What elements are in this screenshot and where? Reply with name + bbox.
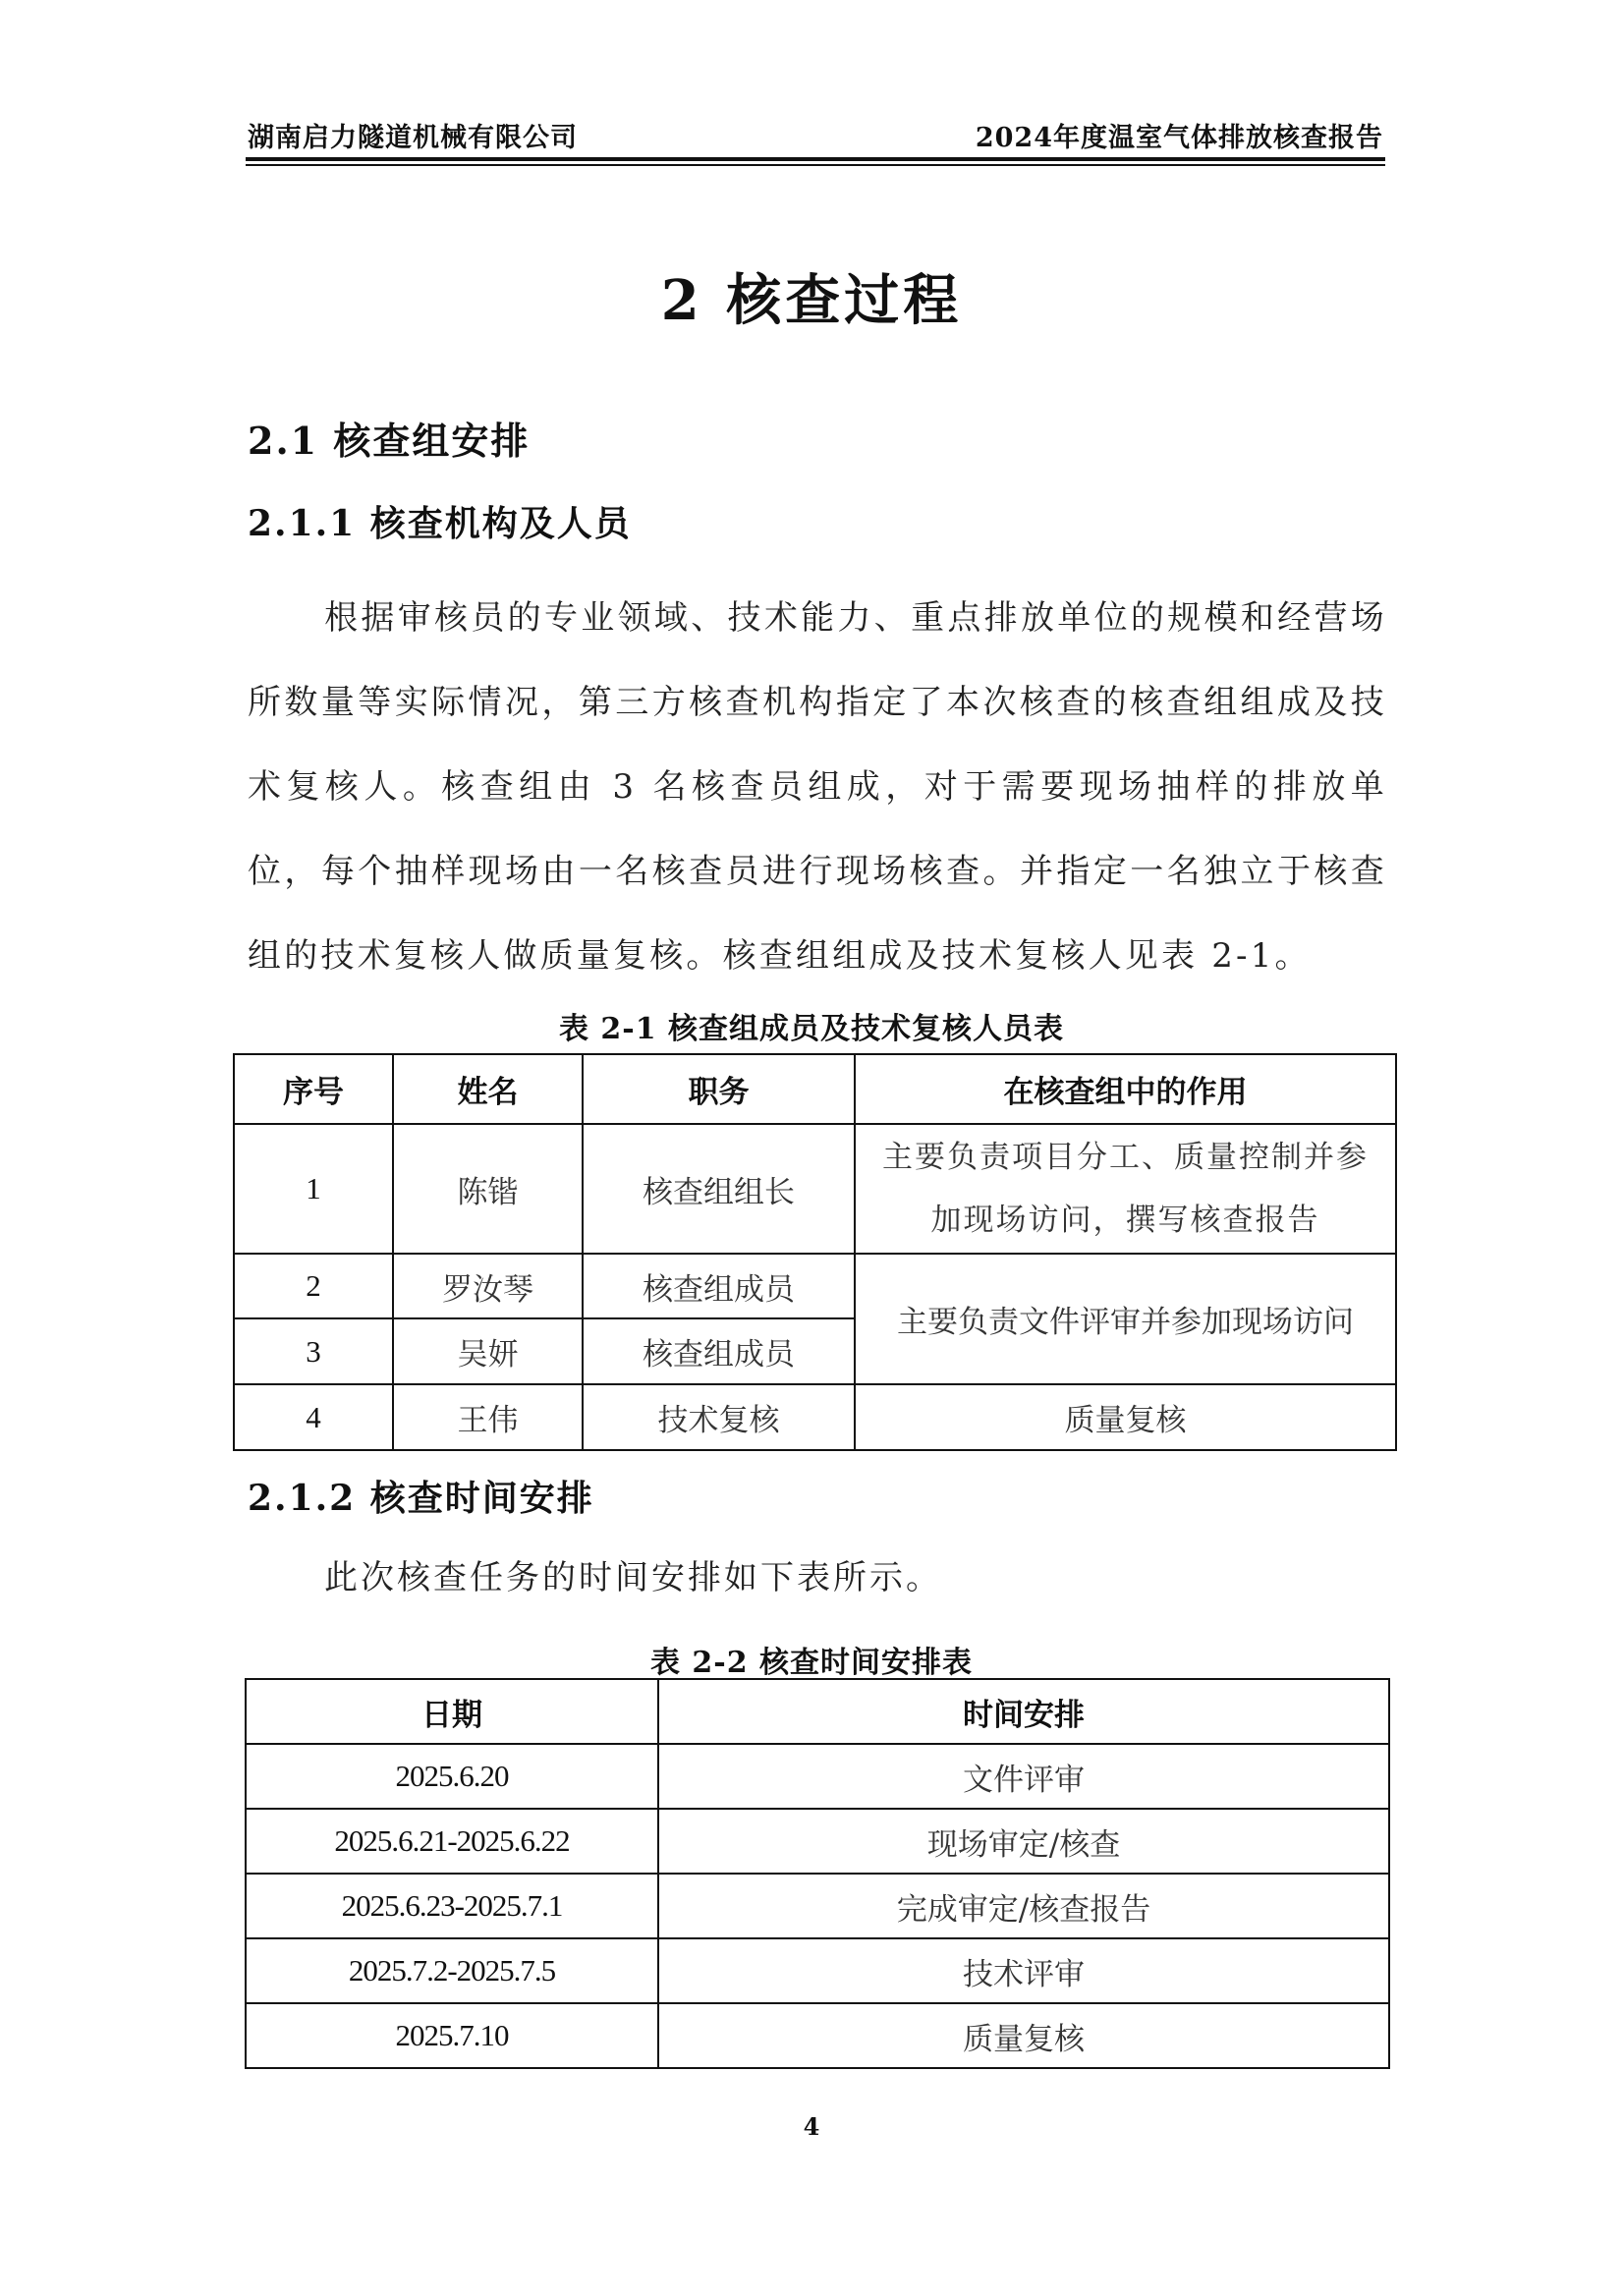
- team-members-table: 序号 姓名 职务 在核查组中的作用 1 陈锴 核查组组长 主要负责项目分工、质量…: [233, 1053, 1397, 1451]
- page-number: 4: [0, 2112, 1623, 2141]
- cell-task: 文件评审: [658, 1744, 1389, 1809]
- body-paragraph-2-1-2: 此次核查任务的时间安排如下表所示。: [324, 1550, 942, 1598]
- cell-name: 罗汝琴: [393, 1254, 583, 1318]
- cell-date: 2025.7.2-2025.7.5: [246, 1938, 658, 2003]
- cell-role: 质量复核: [855, 1384, 1396, 1450]
- column-header-role: 在核查组中的作用: [855, 1054, 1396, 1124]
- cell-name: 王伟: [393, 1384, 583, 1450]
- cell-role-merged: 主要负责文件评审并参加现场访问: [855, 1254, 1396, 1384]
- cell-position: 核查组组长: [583, 1124, 855, 1254]
- table-header-row: 日期 时间安排: [246, 1679, 1389, 1744]
- cell-date: 2025.6.20: [246, 1744, 658, 1809]
- cell-task: 质量复核: [658, 2003, 1389, 2068]
- table-row: 2025.6.21-2025.6.22 现场审定/核查: [246, 1809, 1389, 1874]
- cell-no: 1: [234, 1124, 393, 1254]
- table-row: 2 罗汝琴 核查组成员 主要负责文件评审并参加现场访问: [234, 1254, 1396, 1318]
- cell-position: 技术复核: [583, 1384, 855, 1450]
- section-heading-2-1: 2.1 核查组安排: [248, 411, 530, 465]
- cell-no: 4: [234, 1384, 393, 1450]
- header-company-name: 湖南启力隧道机械有限公司: [248, 116, 578, 154]
- header-report-title: 2024年度温室气体排放核查报告: [976, 116, 1383, 154]
- cell-name: 陈锴: [393, 1124, 583, 1254]
- cell-no: 3: [234, 1318, 393, 1384]
- table-row: 2025.7.10 质量复核: [246, 2003, 1389, 2068]
- table-2-1-caption: 表 2-1 核查组成员及技术复核人员表: [0, 1004, 1623, 1047]
- cell-date: 2025.7.10: [246, 2003, 658, 2068]
- table-row: 2025.7.2-2025.7.5 技术评审: [246, 1938, 1389, 2003]
- table-row: 4 王伟 技术复核 质量复核: [234, 1384, 1396, 1450]
- table-header-row: 序号 姓名 职务 在核查组中的作用: [234, 1054, 1396, 1124]
- chapter-title: 2 核查过程: [0, 257, 1623, 336]
- subsection-heading-2-1-2: 2.1.2 核查时间安排: [248, 1471, 594, 1521]
- cell-position: 核查组成员: [583, 1254, 855, 1318]
- header-rule-thick: [246, 157, 1385, 161]
- column-header-schedule: 时间安排: [658, 1679, 1389, 1744]
- subsection-heading-2-1-1: 2.1.1 核查机构及人员: [248, 496, 632, 546]
- table-row: 2025.6.23-2025.7.1 完成审定/核查报告: [246, 1874, 1389, 1938]
- table-2-2-caption: 表 2-2 核查时间安排表: [0, 1638, 1623, 1681]
- cell-task: 完成审定/核查报告: [658, 1874, 1389, 1938]
- header-rule-thin: [246, 164, 1385, 166]
- cell-date: 2025.6.23-2025.7.1: [246, 1874, 658, 1938]
- paragraph-text: 根据审核员的专业领域、技术能力、重点排放单位的规模和经营场所数量等实际情况，第三…: [248, 598, 1387, 976]
- cell-no: 2: [234, 1254, 393, 1318]
- cell-role: 主要负责项目分工、质量控制并参加现场访问，撰写核查报告: [855, 1124, 1396, 1254]
- column-header-no: 序号: [234, 1054, 393, 1124]
- column-header-position: 职务: [583, 1054, 855, 1124]
- cell-date: 2025.6.21-2025.6.22: [246, 1809, 658, 1874]
- cell-task: 技术评审: [658, 1938, 1389, 2003]
- column-header-date: 日期: [246, 1679, 658, 1744]
- schedule-table: 日期 时间安排 2025.6.20 文件评审 2025.6.21-2025.6.…: [245, 1678, 1390, 2069]
- body-paragraph-2-1-1: 根据审核员的专业领域、技术能力、重点排放单位的规模和经营场所数量等实际情况，第三…: [248, 576, 1387, 998]
- table-row: 2025.6.20 文件评审: [246, 1744, 1389, 1809]
- column-header-name: 姓名: [393, 1054, 583, 1124]
- table-row: 1 陈锴 核查组组长 主要负责项目分工、质量控制并参加现场访问，撰写核查报告: [234, 1124, 1396, 1254]
- cell-name: 吴妍: [393, 1318, 583, 1384]
- cell-position: 核查组成员: [583, 1318, 855, 1384]
- cell-task: 现场审定/核查: [658, 1809, 1389, 1874]
